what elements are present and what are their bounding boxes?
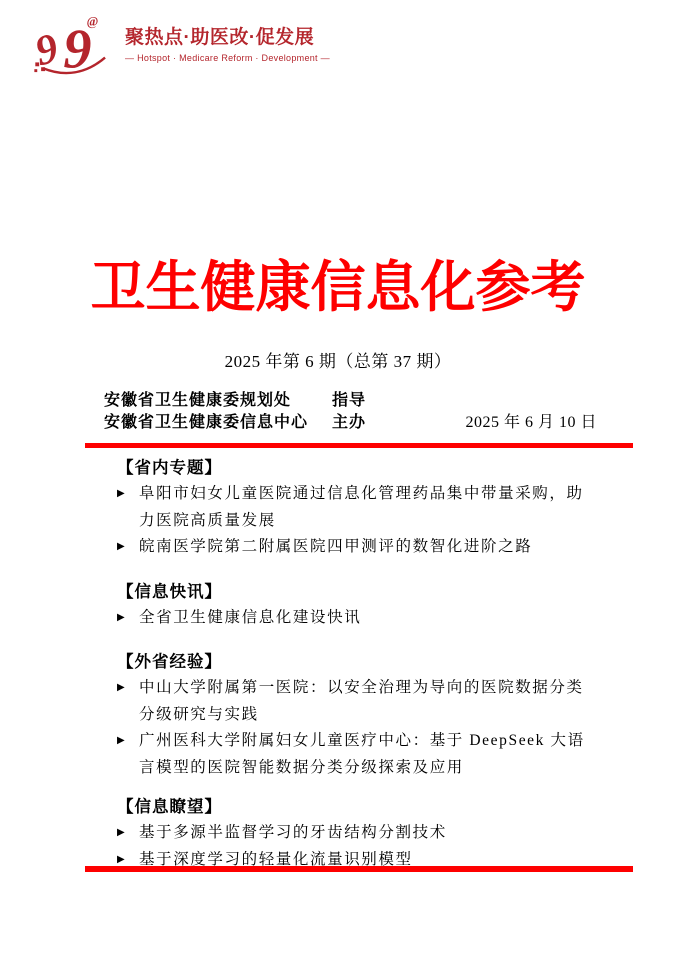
- bullet-triangle-icon: ▶: [117, 605, 139, 632]
- toc-item: ▶基于深度学习的轻量化流量识别模型: [117, 847, 599, 874]
- organizer-name: 安徽省卫生健康委信息中心: [104, 412, 332, 434]
- bullet-triangle-icon: ▶: [117, 675, 139, 728]
- slogan-english: — Hotspot · Medicare Reform · Developmen…: [125, 53, 330, 63]
- organizer-name: 安徽省卫生健康委规划处: [104, 390, 332, 412]
- page-title: 卫生健康信息化参考: [0, 256, 676, 319]
- top-red-rule: [85, 443, 633, 448]
- toc-item: ▶皖南医学院第二附属医院四甲测评的数智化进阶之路: [117, 534, 599, 561]
- toc-section-header: 【信息快讯】: [117, 579, 599, 605]
- organizer-row-host: 安徽省卫生健康委信息中心 主办 2025 年 6 月 10 日: [104, 412, 597, 434]
- svg-text:@: @: [87, 15, 99, 29]
- masthead-slogans: 聚热点·助医改·促发展 — Hotspot · Medicare Reform …: [125, 13, 330, 63]
- toc-item-text: 基于深度学习的轻量化流量识别模型: [139, 847, 413, 874]
- svg-text:9: 9: [33, 25, 63, 75]
- organizer-row-guidance: 安徽省卫生健康委规划处 指导: [104, 390, 597, 412]
- toc-item-text: 阜阳市妇女儿童医院通过信息化管理药品集中带量采购，助力医院高质量发展: [139, 481, 599, 534]
- toc-item-text: 中山大学附属第一医院：以安全治理为导向的医院数据分类分级研究与实践: [139, 675, 599, 728]
- slogan-chinese: 聚热点·助医改·促发展: [125, 22, 330, 49]
- bullet-triangle-icon: ▶: [117, 481, 139, 534]
- issue-number-line: 2025 年第 6 期（总第 37 期）: [0, 347, 676, 372]
- toc-section-header: 【外省经验】: [117, 649, 599, 675]
- toc-item-text: 基于多源半监督学习的牙齿结构分割技术: [139, 820, 447, 847]
- toc-section: 【信息快讯】▶全省卫生健康信息化建设快讯: [117, 579, 599, 632]
- toc-section: 【外省经验】▶中山大学附属第一医院：以安全治理为导向的医院数据分类分级研究与实践…: [117, 649, 599, 781]
- toc-item-text: 全省卫生健康信息化建设快讯: [139, 605, 361, 632]
- toc-item: ▶基于多源半监督学习的牙齿结构分割技术: [117, 820, 599, 847]
- toc-item: ▶中山大学附属第一医院：以安全治理为导向的医院数据分类分级研究与实践: [117, 675, 599, 728]
- heart-99-logo-icon: 9 9 @: [33, 13, 119, 75]
- masthead-logo-block: 9 9 @ 聚热点·助医改·促发展 — Hotspot · Medicare R…: [33, 13, 330, 75]
- toc-item-text: 皖南医学院第二附属医院四甲测评的数智化进阶之路: [139, 534, 532, 561]
- toc-item-text: 广州医科大学附属妇女儿童医疗中心：基于 DeepSeek 大语言模型的医院智能数…: [139, 728, 599, 781]
- publication-date: 2025 年 6 月 10 日: [465, 412, 597, 434]
- bullet-triangle-icon: ▶: [117, 728, 139, 781]
- toc-section: 【信息瞭望】▶基于多源半监督学习的牙齿结构分割技术▶基于深度学习的轻量化流量识别…: [117, 794, 599, 873]
- bullet-triangle-icon: ▶: [117, 847, 139, 874]
- toc-item: ▶阜阳市妇女儿童医院通过信息化管理药品集中带量采购，助力医院高质量发展: [117, 481, 599, 534]
- organizer-block: 安徽省卫生健康委规划处 指导 安徽省卫生健康委信息中心 主办 2025 年 6 …: [104, 390, 597, 433]
- toc-section-header: 【信息瞭望】: [117, 794, 599, 820]
- toc-item: ▶广州医科大学附属妇女儿童医疗中心：基于 DeepSeek 大语言模型的医院智能…: [117, 728, 599, 781]
- bullet-triangle-icon: ▶: [117, 820, 139, 847]
- toc-section-header: 【省内专题】: [117, 455, 599, 481]
- toc-section: 【省内专题】▶阜阳市妇女儿童医院通过信息化管理药品集中带量采购，助力医院高质量发…: [117, 455, 599, 561]
- toc-item: ▶全省卫生健康信息化建设快讯: [117, 605, 599, 632]
- organizer-role: 指导: [332, 390, 366, 412]
- newsletter-cover-page: 9 9 @ 聚热点·助医改·促发展 — Hotspot · Medicare R…: [0, 0, 676, 953]
- table-of-contents: 【省内专题】▶阜阳市妇女儿童医院通过信息化管理药品集中带量采购，助力医院高质量发…: [117, 455, 599, 873]
- bullet-triangle-icon: ▶: [117, 534, 139, 561]
- organizer-role: 主办: [332, 412, 366, 434]
